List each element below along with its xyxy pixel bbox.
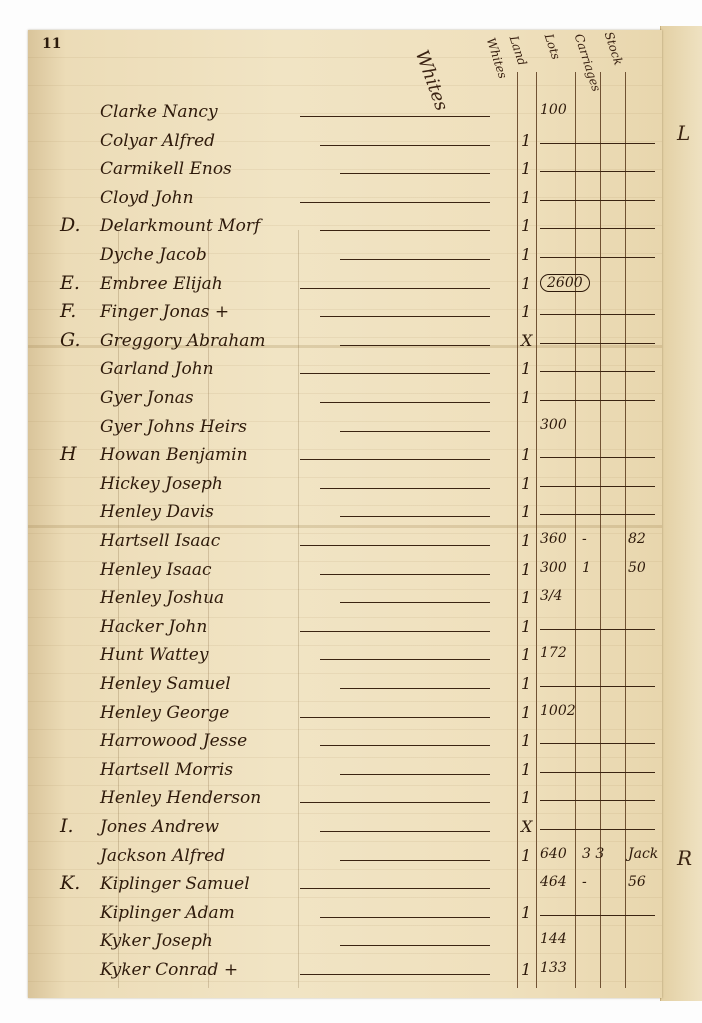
ledger-row: Henley Henderson1: [0, 786, 640, 812]
land-value: 100: [540, 102, 567, 118]
blank-dash: [540, 143, 655, 144]
taxpayer-name: Kyker Conrad +: [100, 960, 238, 980]
ledger-row: Hartsell Morris1: [0, 758, 640, 784]
leader-line: [320, 145, 490, 146]
ledger-row: Cloyd John1: [0, 186, 640, 212]
blank-dash: [540, 257, 655, 258]
stock-value: Jack: [628, 846, 658, 862]
leader-line: [300, 974, 490, 975]
blank-dash: [540, 629, 655, 630]
alpha-index: E.: [60, 272, 80, 294]
leader-line: [320, 402, 490, 403]
lots-value: -: [582, 531, 587, 547]
ledger-row: Henley Samuel1: [0, 672, 640, 698]
leader-line: [300, 288, 490, 289]
leader-line: [300, 802, 490, 803]
ledger-row: G.Greggory AbrahamX: [0, 329, 640, 355]
land-value: 2600: [540, 274, 590, 292]
whites-count: 1: [521, 245, 531, 264]
blank-dash: [540, 171, 655, 172]
whites-count: 1: [521, 474, 531, 493]
leader-line: [340, 945, 490, 946]
whites-count: 1: [521, 388, 531, 407]
ledger-row: Henley Joshua13/4: [0, 586, 640, 612]
ledger-row: I.Jones AndrewX: [0, 815, 640, 841]
leader-line: [300, 717, 490, 718]
alpha-index: H: [60, 443, 77, 465]
blank-dash: [540, 400, 655, 401]
ledger-row: F.Finger Jonas +1: [0, 300, 640, 326]
lots-value: 1: [582, 560, 591, 576]
land-value: 360: [540, 531, 567, 547]
whites-count: 1: [521, 359, 531, 378]
taxpayer-name: Hickey Joseph: [100, 474, 223, 494]
stock-value: 56: [628, 874, 646, 890]
whites-count: 1: [521, 159, 531, 178]
stock-value: 82: [628, 531, 646, 547]
ledger-row: Kyker Joseph144: [0, 929, 640, 955]
taxpayer-name: Hacker John: [100, 617, 207, 637]
leader-line: [340, 173, 490, 174]
blank-dash: [540, 371, 655, 372]
blank-dash: [540, 743, 655, 744]
blank-dash: [540, 200, 655, 201]
leader-line: [300, 373, 490, 374]
ledger-row: Dyche Jacob1: [0, 243, 640, 269]
lots-value: 3 3: [582, 846, 604, 862]
taxpayer-name: Kiplinger Samuel: [100, 874, 250, 894]
ledger-row: Gyer Johns Heirs300: [0, 415, 640, 441]
ledger-row: E.Embree Elijah12600: [0, 272, 640, 298]
leader-line: [320, 316, 490, 317]
whites-count: 1: [521, 274, 531, 293]
whites-count: 1: [521, 903, 531, 922]
land-value: 133: [540, 960, 567, 976]
taxpayer-name: Greggory Abraham: [100, 331, 266, 351]
taxpayer-name: Delarkmount Morf: [100, 216, 260, 236]
whites-count: 1: [521, 788, 531, 807]
leader-line: [300, 116, 490, 117]
taxpayer-name: Colyar Alfred: [100, 131, 215, 151]
page-number: 11: [42, 36, 61, 52]
taxpayer-name: Kyker Joseph: [100, 931, 213, 951]
alpha-index: K.: [60, 872, 80, 894]
taxpayer-name: Hartsell Morris: [100, 760, 233, 780]
ledger-row: Colyar Alfred1: [0, 129, 640, 155]
ledger-row: K.Kiplinger Samuel464-56: [0, 872, 640, 898]
taxpayer-name: Henley Davis: [100, 502, 214, 522]
leader-line: [340, 602, 490, 603]
taxpayer-name: Jackson Alfred: [100, 846, 225, 866]
taxpayer-name: Henley Isaac: [100, 560, 212, 580]
blank-dash: [540, 228, 655, 229]
blank-dash: [540, 915, 655, 916]
leader-line: [320, 230, 490, 231]
taxpayer-name: Cloyd John: [100, 188, 194, 208]
taxpayer-name: Embree Elijah: [100, 274, 223, 294]
taxpayer-name: Henley Joshua: [100, 588, 224, 608]
whites-count: 1: [521, 846, 531, 865]
blank-dash: [540, 772, 655, 773]
whites-count: 1: [521, 216, 531, 235]
ledger-row: Kiplinger Adam1: [0, 901, 640, 927]
blank-dash: [540, 686, 655, 687]
whites-count: 1: [521, 131, 531, 150]
leader-line: [340, 860, 490, 861]
taxpayer-name: Henley Samuel: [100, 674, 231, 694]
leader-line: [300, 631, 490, 632]
leader-line: [320, 917, 490, 918]
ledger-row: Hickey Joseph1: [0, 472, 640, 498]
whites-count: 1: [521, 731, 531, 750]
leader-line: [340, 431, 490, 432]
ledger-row: Henley Davis1: [0, 500, 640, 526]
whites-count: 1: [521, 445, 531, 464]
leader-line: [300, 888, 490, 889]
ledger-row: Hunt Wattey1172: [0, 643, 640, 669]
alpha-index: D.: [60, 214, 81, 236]
leader-line: [320, 574, 490, 575]
whites-count: 1: [521, 645, 531, 664]
side-mark: L: [677, 121, 690, 145]
leader-line: [320, 745, 490, 746]
taxpayer-name: Howan Benjamin: [100, 445, 248, 465]
leader-line: [320, 831, 490, 832]
leader-line: [300, 545, 490, 546]
land-value: 1002: [540, 703, 576, 719]
blank-dash: [540, 800, 655, 801]
whites-count: 1: [521, 560, 531, 579]
ledger-row: Kyker Conrad +1133: [0, 958, 640, 984]
taxpayer-name: Clarke Nancy: [100, 102, 218, 122]
lots-value: -: [582, 874, 587, 890]
whites-count: 1: [521, 531, 531, 550]
blank-dash: [540, 314, 655, 315]
leader-line: [340, 774, 490, 775]
whites-count: 1: [521, 703, 531, 722]
blank-dash: [540, 829, 655, 830]
ledger-row: Hacker John1: [0, 615, 640, 641]
taxpayer-name: Henley George: [100, 703, 229, 723]
ledger-row: Carmikell Enos1: [0, 157, 640, 183]
leader-line: [320, 659, 490, 660]
ledger-row: Garland John1: [0, 357, 640, 383]
whites-count: 1: [521, 302, 531, 321]
leader-line: [340, 345, 490, 346]
blank-dash: [540, 457, 655, 458]
whites-count: X: [521, 331, 532, 350]
taxpayer-name: Hunt Wattey: [100, 645, 208, 665]
ledger-row: D.Delarkmount Morf1: [0, 214, 640, 240]
side-mark: R: [677, 846, 692, 870]
taxpayer-name: Carmikell Enos: [100, 159, 232, 179]
land-value: 3/4: [540, 588, 563, 604]
stock-value: 50: [628, 560, 646, 576]
ledger-row: Jackson Alfred16403 3Jack: [0, 844, 640, 870]
land-value: 144: [540, 931, 567, 947]
taxpayer-name: Hartsell Isaac: [100, 531, 220, 551]
whites-count: 1: [521, 617, 531, 636]
blank-dash: [540, 343, 655, 344]
ledger-row: Henley Isaac1300150: [0, 558, 640, 584]
adjacent-page-edge: L R: [660, 26, 702, 1001]
ledger-row: Gyer Jonas1: [0, 386, 640, 412]
land-value: 172: [540, 645, 567, 661]
ledger-row: Hartsell Isaac1360-82: [0, 529, 640, 555]
ledger-row: HHowan Benjamin1: [0, 443, 640, 469]
leader-line: [340, 688, 490, 689]
ledger-row: Clarke Nancy100: [0, 100, 640, 126]
leader-line: [320, 488, 490, 489]
taxpayer-name: Finger Jonas +: [100, 302, 229, 322]
blank-dash: [540, 514, 655, 515]
alpha-index: F.: [60, 300, 76, 322]
ledger-row: Henley George11002: [0, 701, 640, 727]
alpha-index: G.: [60, 329, 81, 351]
whites-count: 1: [521, 674, 531, 693]
whites-count: 1: [521, 188, 531, 207]
taxpayer-name: Henley Henderson: [100, 788, 261, 808]
taxpayer-name: Harrowood Jesse: [100, 731, 247, 751]
whites-count: 1: [521, 502, 531, 521]
ledger-row: Harrowood Jesse1: [0, 729, 640, 755]
land-value: 640: [540, 846, 567, 862]
whites-count: 1: [521, 588, 531, 607]
whites-count: X: [521, 817, 532, 836]
leader-line: [340, 516, 490, 517]
taxpayer-name: Jones Andrew: [100, 817, 219, 837]
taxpayer-name: Kiplinger Adam: [100, 903, 235, 923]
leader-line: [340, 259, 490, 260]
leader-line: [300, 459, 490, 460]
land-value: 300: [540, 560, 567, 576]
taxpayer-name: Garland John: [100, 359, 214, 379]
land-value: 464: [540, 874, 567, 890]
leader-line: [300, 202, 490, 203]
taxpayer-name: Gyer Johns Heirs: [100, 417, 247, 437]
taxpayer-name: Dyche Jacob: [100, 245, 207, 265]
blank-dash: [540, 486, 655, 487]
whites-count: 1: [521, 760, 531, 779]
land-value: 300: [540, 417, 567, 433]
alpha-index: I.: [60, 815, 74, 837]
whites-count: 1: [521, 960, 531, 979]
taxpayer-name: Gyer Jonas: [100, 388, 194, 408]
